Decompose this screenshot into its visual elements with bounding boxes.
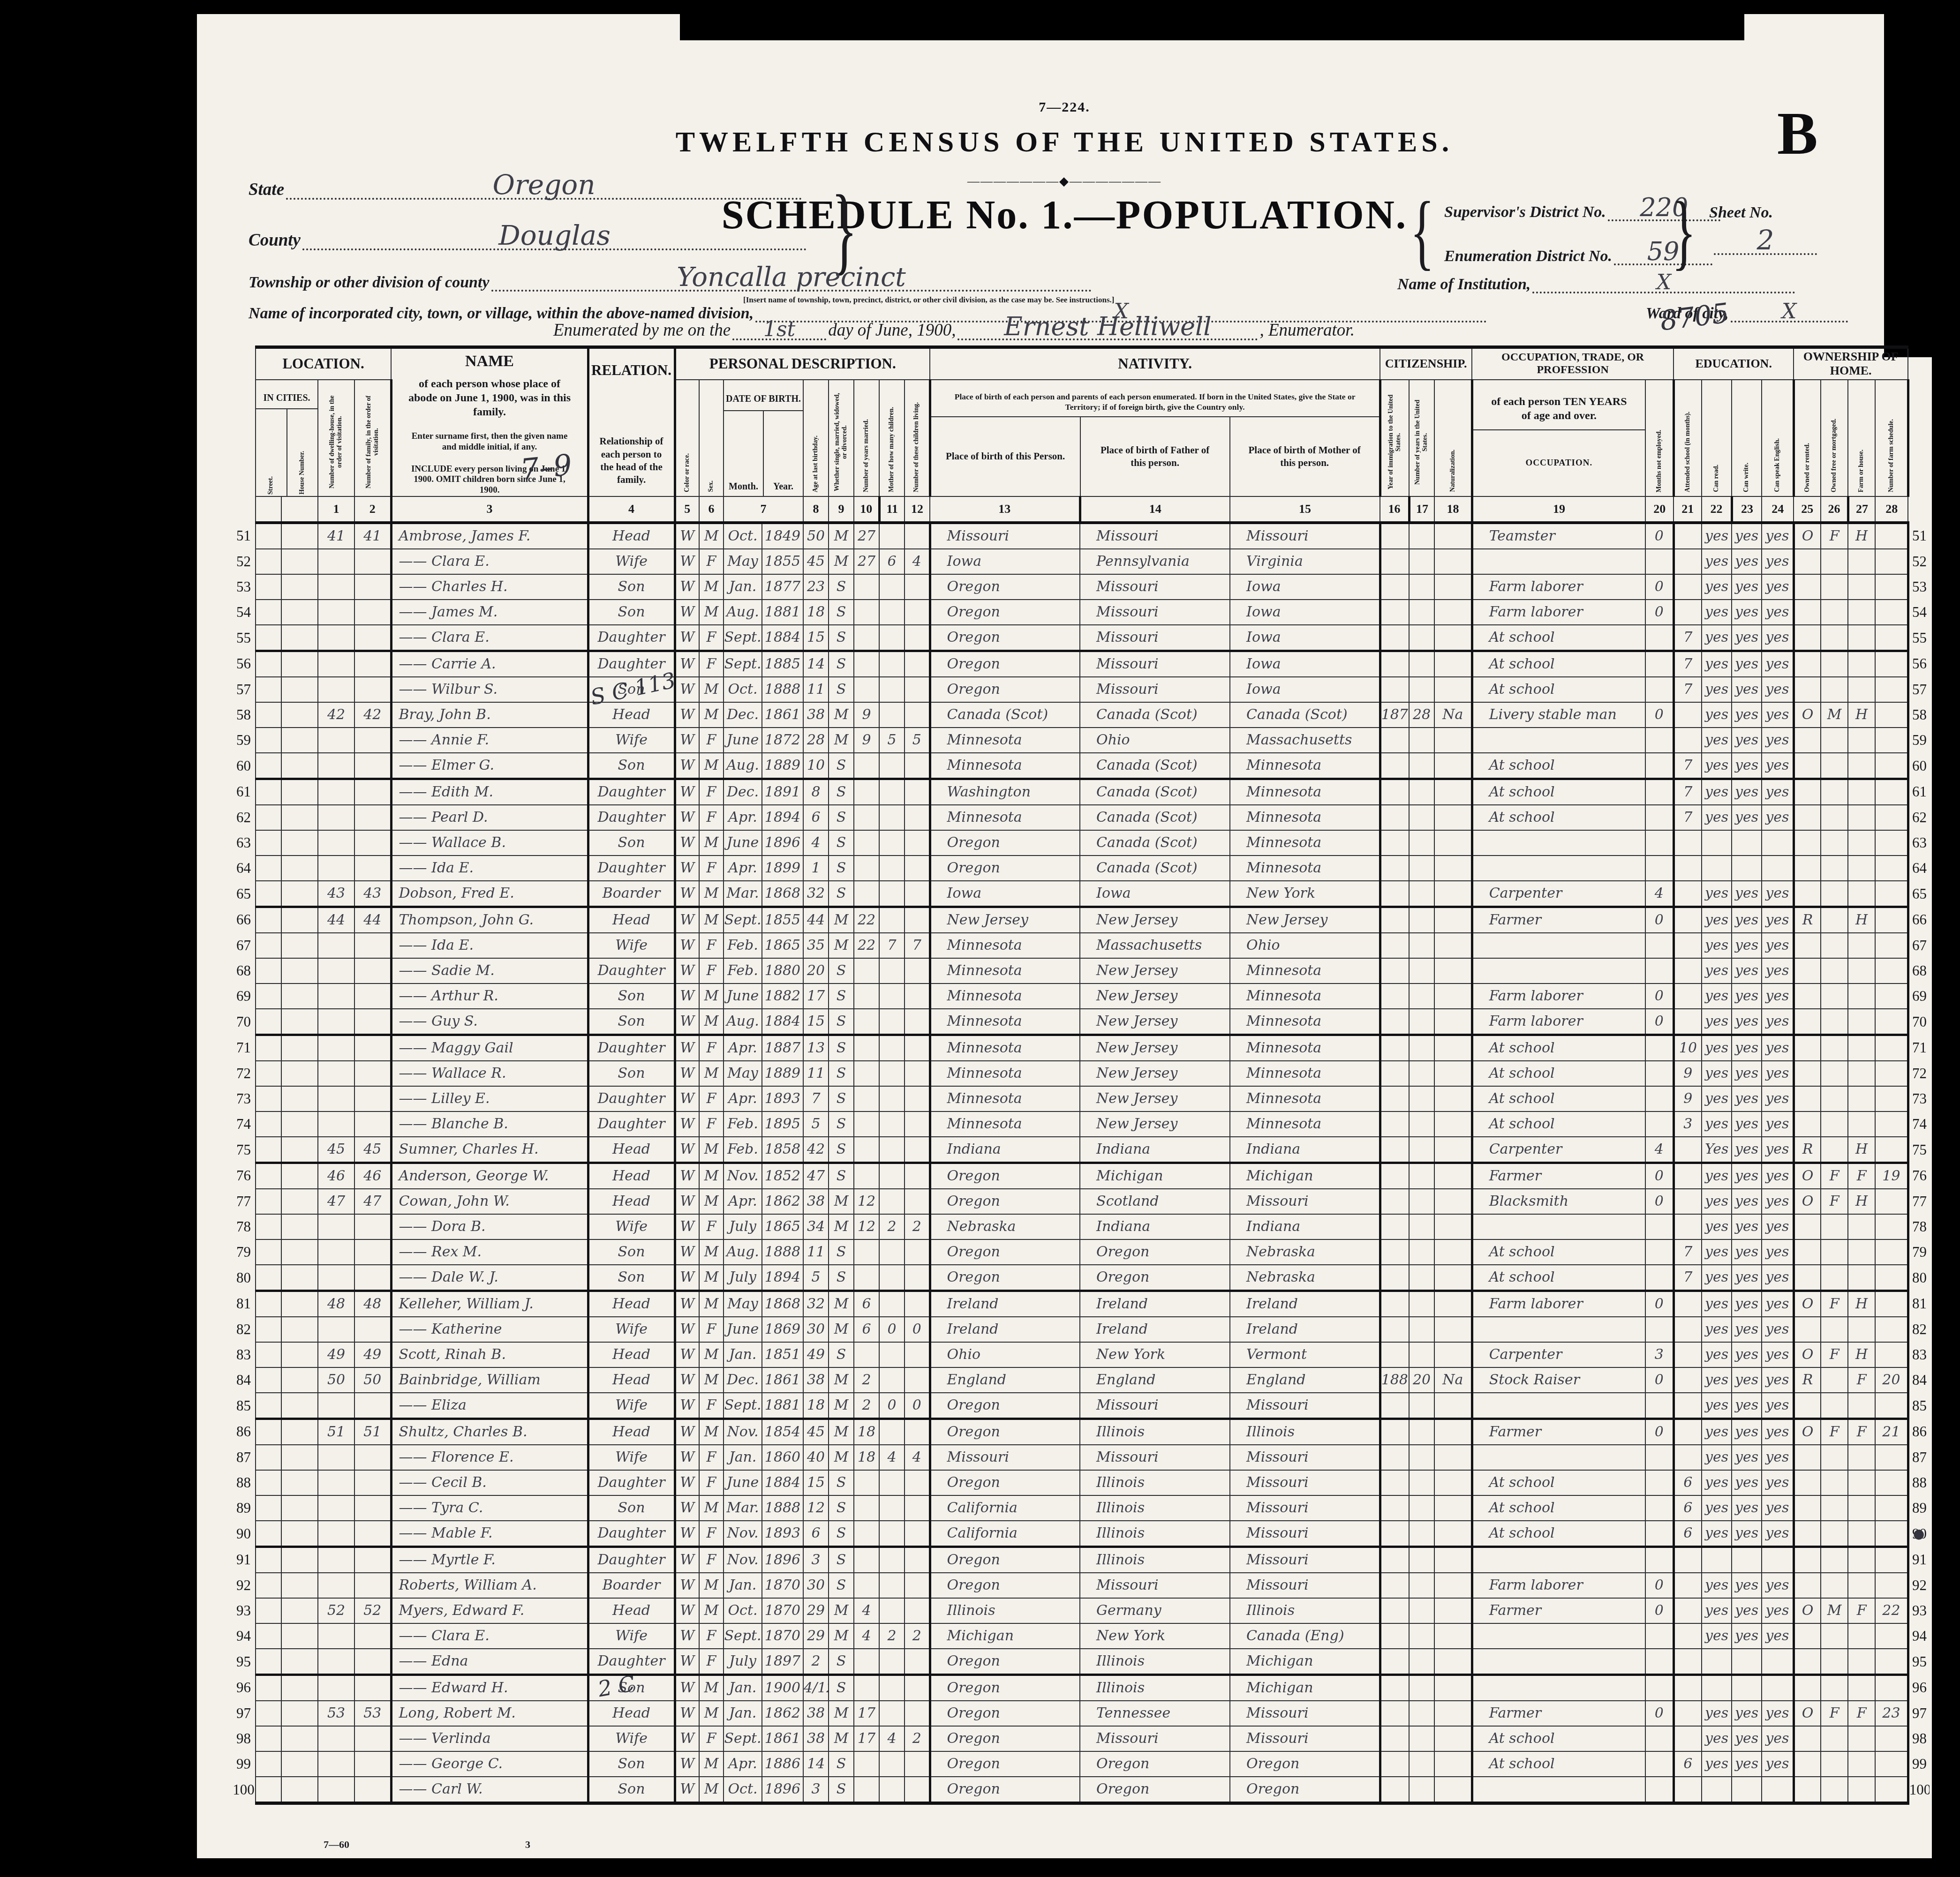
cell-dw: 52	[318, 1598, 354, 1623]
cell-pm: Missouri	[1230, 1547, 1380, 1573]
row-number: 75	[1908, 1137, 1930, 1163]
census-row: 96—— Edward H.SonWMJan.19004/12SOregonIl…	[232, 1674, 1930, 1701]
cell-street	[256, 856, 281, 881]
census-row: 89—— Tyra C.SonWMMar.188812SCaliforniaIl…	[232, 1495, 1930, 1521]
cell-sex: M	[699, 677, 724, 702]
cell-imm	[1380, 1393, 1409, 1419]
state-value: Oregon	[286, 169, 802, 201]
cell-street	[256, 523, 281, 549]
cell-dw	[318, 1521, 354, 1547]
cell-month: Nov.	[724, 1163, 762, 1189]
census-scan: { "page": { "form_code": "7—224.", "page…	[0, 0, 1960, 1877]
cell-sex: F	[699, 625, 724, 651]
cell-pf: Indiana	[1080, 1137, 1230, 1163]
column-number: 21	[1674, 496, 1702, 523]
citizenship-group-header: CITIZENSHIP.	[1380, 347, 1472, 380]
cell-house	[281, 1726, 318, 1751]
cell-house	[281, 1495, 318, 1521]
cell-pf: New Jersey	[1080, 907, 1230, 933]
cell-sch: 6	[1674, 1751, 1702, 1777]
cell-mom	[879, 1573, 905, 1598]
cell-sched	[1875, 830, 1908, 856]
cell-dw: 48	[318, 1291, 354, 1317]
cell-occ: Carpenter	[1472, 1137, 1645, 1163]
cell-unemp	[1645, 1111, 1674, 1137]
cell-pob: Oregon	[930, 1726, 1080, 1751]
cell-nat	[1434, 1445, 1472, 1470]
cell-sex: M	[699, 1061, 724, 1086]
cell-color: W	[675, 523, 699, 549]
cell-house	[281, 1163, 318, 1189]
cell-mom	[879, 1086, 905, 1111]
occupation-group-header: OCCUPATION, TRADE, OR PROFESSION	[1472, 347, 1674, 380]
cell-pob: Minnesota	[930, 1035, 1080, 1061]
dob-title: DATE OF BIRTH.	[724, 388, 803, 411]
cell-mar: M	[829, 523, 854, 549]
cell-sched	[1875, 1265, 1908, 1291]
cell-unemp: 0	[1645, 702, 1674, 728]
row-number: 69	[232, 984, 256, 1009]
cell-sched: 19	[1875, 1163, 1908, 1189]
census-row: 62—— Pearl D.DaughterWFApr.18946SMinneso…	[232, 805, 1930, 830]
cell-occ: Farmer	[1472, 1419, 1645, 1445]
cell-mom	[879, 1598, 905, 1623]
cell-free	[1821, 856, 1848, 881]
row-number: 84	[1908, 1367, 1930, 1393]
cell-sched	[1875, 1009, 1908, 1035]
cell-pf: Canada (Scot)	[1080, 779, 1230, 805]
cell-eng: yes	[1762, 728, 1794, 753]
row-number: 81	[1908, 1291, 1930, 1317]
cell-sex: F	[699, 549, 724, 574]
row-number: 91	[1908, 1547, 1930, 1573]
cell-pf: Missouri	[1080, 1445, 1230, 1470]
cell-fam: 44	[354, 907, 391, 933]
cell-house	[281, 881, 318, 907]
cell-write: yes	[1732, 1086, 1762, 1111]
cell-own	[1794, 1751, 1821, 1777]
cell-mar: S	[829, 1009, 854, 1035]
cell-liv	[905, 600, 930, 625]
cell-write: yes	[1732, 1035, 1762, 1061]
cell-age: 38	[803, 1189, 829, 1214]
cell-nat	[1434, 1393, 1472, 1419]
cell-sched	[1875, 702, 1908, 728]
cell-sched	[1875, 1086, 1908, 1111]
cell-dw	[318, 1061, 354, 1086]
cell-occ	[1472, 1547, 1645, 1573]
cell-occ: At school	[1472, 1061, 1645, 1086]
cell-pob: Oregon	[930, 600, 1080, 625]
cell-fam: 45	[354, 1137, 391, 1163]
cell-free	[1821, 1137, 1848, 1163]
column-number: 9	[829, 496, 854, 523]
cell-mom	[879, 958, 905, 984]
cell-mom	[879, 1009, 905, 1035]
cell-free	[1821, 1573, 1848, 1598]
cell-rel: Wife	[588, 549, 675, 574]
cell-age: 23	[803, 574, 829, 600]
census-row: 94—— Clara E.WifeWFSept.187029M422Michig…	[232, 1623, 1930, 1649]
cell-read: yes	[1702, 600, 1732, 625]
cell-year: 1862	[762, 1701, 803, 1726]
cell-rel: Wife	[588, 1393, 675, 1419]
cell-farm	[1848, 1445, 1875, 1470]
cell-farm	[1848, 600, 1875, 625]
cell-own: O	[1794, 1598, 1821, 1623]
cell-pf: Ireland	[1080, 1317, 1230, 1342]
cell-house	[281, 677, 318, 702]
cell-rel: Son	[588, 600, 675, 625]
cell-free	[1821, 1495, 1848, 1521]
cell-pm: Michigan	[1230, 1649, 1380, 1675]
row-number: 88	[232, 1470, 256, 1495]
cell-dw: 47	[318, 1189, 354, 1214]
cell-imm	[1380, 805, 1409, 830]
cell-read: yes	[1702, 779, 1732, 805]
census-row: 514141Ambrose, James F.HeadWMOct.184950M…	[232, 523, 1930, 549]
cell-rel: Son	[588, 830, 675, 856]
cell-pf: Illinois	[1080, 1521, 1230, 1547]
cell-month: June	[724, 1470, 762, 1495]
cell-read: yes	[1702, 574, 1732, 600]
cell-sex: M	[699, 753, 724, 779]
cell-write: yes	[1732, 1393, 1762, 1419]
cell-sch	[1674, 1367, 1702, 1393]
column-number: 14	[1080, 496, 1230, 523]
cell-mar: M	[829, 1726, 854, 1751]
township-field: Township or other division of county Yon…	[249, 271, 1092, 292]
cell-age: 35	[803, 933, 829, 958]
cell-mom	[879, 779, 905, 805]
row-number: 78	[232, 1214, 256, 1239]
cell-sex: M	[699, 984, 724, 1009]
cell-name: —— Katherine	[391, 1317, 588, 1342]
cell-free	[1821, 753, 1848, 779]
cell-rel: Wife	[588, 933, 675, 958]
cell-rel: Daughter	[588, 856, 675, 881]
cell-pob: Iowa	[930, 881, 1080, 907]
row-number: 100	[1908, 1777, 1930, 1803]
cell-age: 47	[803, 1163, 829, 1189]
form-code: 7—224.	[197, 99, 1932, 115]
cell-yus	[1409, 1137, 1434, 1163]
cell-unemp	[1645, 1547, 1674, 1573]
cell-write: yes	[1732, 677, 1762, 702]
cell-unemp	[1645, 856, 1674, 881]
cell-farm: H	[1848, 702, 1875, 728]
cell-free	[1821, 779, 1848, 805]
cell-age: 40	[803, 1445, 829, 1470]
cell-sch: 7	[1674, 1239, 1702, 1265]
cell-unemp: 4	[1645, 881, 1674, 907]
cell-eng: yes	[1762, 523, 1794, 549]
cell-unemp	[1645, 728, 1674, 753]
cell-month: Jan.	[724, 1342, 762, 1367]
cell-nat	[1434, 625, 1472, 651]
cell-liv	[905, 1035, 930, 1061]
cell-year: 1900	[762, 1674, 803, 1701]
cell-liv	[905, 1367, 930, 1393]
cell-sex: M	[699, 1777, 724, 1803]
cell-dw: 51	[318, 1419, 354, 1445]
owned-rented-header: Owned or rented.	[1794, 380, 1821, 496]
cell-unemp	[1645, 1061, 1674, 1086]
cell-mom	[879, 1239, 905, 1265]
cell-sch	[1674, 1598, 1702, 1623]
cell-sched	[1875, 1521, 1908, 1547]
cell-liv	[905, 984, 930, 1009]
cell-read	[1702, 1547, 1732, 1573]
cell-pf: Oregon	[1080, 1777, 1230, 1803]
cell-pm: Missouri	[1230, 1495, 1380, 1521]
column-number: 10	[854, 496, 879, 523]
cell-mar: S	[829, 1674, 854, 1701]
cell-house	[281, 1189, 318, 1214]
cell-sex: F	[699, 933, 724, 958]
cell-pf: Indiana	[1080, 1214, 1230, 1239]
cell-name: —— Eliza	[391, 1393, 588, 1419]
cell-farm	[1848, 625, 1875, 651]
cell-ym: 12	[854, 1189, 879, 1214]
cell-own: R	[1794, 1367, 1821, 1393]
cell-name: —— Carrie A.	[391, 651, 588, 677]
cell-name: —— Blanche B.	[391, 1111, 588, 1137]
cell-farm	[1848, 1035, 1875, 1061]
cell-own	[1794, 1726, 1821, 1751]
cell-write: yes	[1732, 1521, 1762, 1547]
census-row: 60—— Elmer G.SonWMAug.188910SMinnesotaCa…	[232, 753, 1930, 779]
cell-color: W	[675, 779, 699, 805]
row-number: 54	[1908, 600, 1930, 625]
cell-liv: 4	[905, 549, 930, 574]
cell-year: 1870	[762, 1598, 803, 1623]
row-number: 53	[1908, 574, 1930, 600]
cell-write: yes	[1732, 549, 1762, 574]
column-number: 3	[391, 496, 588, 523]
cell-pm: Virginia	[1230, 549, 1380, 574]
row-number: 84	[232, 1367, 256, 1393]
cell-own	[1794, 1445, 1821, 1470]
cell-sch: 6	[1674, 1521, 1702, 1547]
cell-year: 1887	[762, 1035, 803, 1061]
cell-farm: F	[1848, 1367, 1875, 1393]
cell-year: 1861	[762, 1367, 803, 1393]
cell-read: yes	[1702, 1111, 1732, 1137]
cell-year: 1899	[762, 856, 803, 881]
cell-mar: S	[829, 830, 854, 856]
cell-fam	[354, 1674, 391, 1701]
cell-month: Feb.	[724, 1137, 762, 1163]
cell-rel: Daughter	[588, 958, 675, 984]
cell-read: yes	[1702, 702, 1732, 728]
census-row: 935252Myers, Edward F.HeadWMOct.187029M4…	[232, 1598, 1930, 1623]
relation-desc: Relationship of each person to the head …	[598, 435, 665, 486]
cell-house	[281, 1367, 318, 1393]
cell-occ	[1472, 830, 1645, 856]
cell-street	[256, 1701, 281, 1726]
cell-free	[1821, 1470, 1848, 1495]
cell-ym	[854, 984, 879, 1009]
cell-mom	[879, 1342, 905, 1367]
cell-street	[256, 779, 281, 805]
cell-farm	[1848, 574, 1875, 600]
cell-unemp	[1645, 1726, 1674, 1751]
cell-sch	[1674, 958, 1702, 984]
cell-write: yes	[1732, 523, 1762, 549]
cell-year: 1888	[762, 1495, 803, 1521]
cell-read: yes	[1702, 523, 1732, 549]
cell-sex: M	[699, 1701, 724, 1726]
cell-free: M	[1821, 1598, 1848, 1623]
cell-yus	[1409, 1623, 1434, 1649]
cell-dw	[318, 856, 354, 881]
cell-nat	[1434, 1777, 1472, 1803]
cell-liv	[905, 702, 930, 728]
cell-write: yes	[1732, 1009, 1762, 1035]
cell-mar: M	[829, 933, 854, 958]
cell-rel: Son	[588, 1751, 675, 1777]
cell-nat: Na	[1434, 702, 1472, 728]
cell-color: W	[675, 677, 699, 702]
cell-free	[1821, 625, 1848, 651]
cell-sex: M	[699, 1367, 724, 1393]
cell-imm	[1380, 1317, 1409, 1342]
cell-fam	[354, 1111, 391, 1137]
cell-sch	[1674, 1214, 1702, 1239]
cell-pob: Minnesota	[930, 984, 1080, 1009]
cell-mom	[879, 805, 905, 830]
cell-color: W	[675, 1214, 699, 1239]
cell-sched: 21	[1875, 1419, 1908, 1445]
nativity-group-header: NATIVITY.	[930, 347, 1380, 380]
cell-age: 38	[803, 1367, 829, 1393]
cell-mar: S	[829, 1061, 854, 1086]
cell-dw	[318, 830, 354, 856]
cell-name: —— Annie F.	[391, 728, 588, 753]
cell-sex: F	[699, 779, 724, 805]
cell-sched	[1875, 1726, 1908, 1751]
cell-name: —— Wallace B.	[391, 830, 588, 856]
cell-age: 4	[803, 830, 829, 856]
date-of-birth-header: DATE OF BIRTH. Month. Year.	[724, 380, 803, 496]
county-line: Douglas	[302, 230, 807, 250]
cell-free	[1821, 933, 1848, 958]
population-schedule-table: LOCATION. NAME of each person whose plac…	[232, 345, 1930, 1805]
cell-dw	[318, 1239, 354, 1265]
cell-fam	[354, 1777, 391, 1803]
cell-rel: Head	[588, 1342, 675, 1367]
cell-pob: Iowa	[930, 549, 1080, 574]
cell-eng: yes	[1762, 1521, 1794, 1547]
cell-mar: S	[829, 1239, 854, 1265]
cell-unemp: 0	[1645, 574, 1674, 600]
cell-mom	[879, 625, 905, 651]
row-number: 53	[232, 574, 256, 600]
cell-mom	[879, 1674, 905, 1701]
cell-pob: Oregon	[930, 1649, 1080, 1675]
cell-yus	[1409, 779, 1434, 805]
cell-dw: 43	[318, 881, 354, 907]
cell-color: W	[675, 753, 699, 779]
cell-yus	[1409, 1419, 1434, 1445]
row-number: 89	[232, 1495, 256, 1521]
cell-nat	[1434, 728, 1472, 753]
cell-mar: S	[829, 984, 854, 1009]
cell-pm: Michigan	[1230, 1674, 1380, 1701]
cell-house	[281, 907, 318, 933]
cell-free	[1821, 1265, 1848, 1291]
cell-unemp	[1645, 1495, 1674, 1521]
cell-write: yes	[1732, 1495, 1762, 1521]
cell-mom: 4	[879, 1445, 905, 1470]
cell-pm: Minnesota	[1230, 1111, 1380, 1137]
row-number: 63	[1908, 830, 1930, 856]
cell-sch	[1674, 523, 1702, 549]
cell-fam	[354, 728, 391, 753]
cell-name: —— Dora B.	[391, 1214, 588, 1239]
cell-write: yes	[1732, 1701, 1762, 1726]
cell-rel: Head	[588, 1291, 675, 1317]
cell-street	[256, 1111, 281, 1137]
cell-pm: Iowa	[1230, 651, 1380, 677]
row-number: 97	[232, 1701, 256, 1726]
cell-imm	[1380, 1777, 1409, 1803]
education-group-header: EDUCATION.	[1674, 347, 1794, 380]
cell-write: yes	[1732, 753, 1762, 779]
cell-ym	[854, 677, 879, 702]
cell-name: Dobson, Fred E.	[391, 881, 588, 907]
cell-pf: Missouri	[1080, 1726, 1230, 1751]
cell-ym	[854, 1086, 879, 1111]
cell-month: Sept.	[724, 625, 762, 651]
cell-yus	[1409, 1495, 1434, 1521]
cell-imm	[1380, 1623, 1409, 1649]
cell-unemp	[1645, 677, 1674, 702]
cell-mom: 4	[879, 1726, 905, 1751]
cell-name: —— Mable F.	[391, 1521, 588, 1547]
row-number: 60	[1908, 753, 1930, 779]
cell-nat	[1434, 549, 1472, 574]
cell-fam	[354, 779, 391, 805]
row-number: 59	[1908, 728, 1930, 753]
cell-name: Ambrose, James F.	[391, 523, 588, 549]
cell-nat	[1434, 1035, 1472, 1061]
cell-sched	[1875, 1573, 1908, 1598]
cell-house	[281, 523, 318, 549]
cell-age: 32	[803, 1291, 829, 1317]
cell-dw	[318, 1317, 354, 1342]
row-number: 93	[232, 1598, 256, 1623]
cell-yus	[1409, 625, 1434, 651]
cell-pm: Nebraska	[1230, 1265, 1380, 1291]
cell-unemp	[1645, 1649, 1674, 1675]
cell-eng: yes	[1762, 1470, 1794, 1495]
cell-age: 13	[803, 1035, 829, 1061]
cell-occ: At school	[1472, 805, 1645, 830]
cell-color: W	[675, 1649, 699, 1675]
cell-mar: S	[829, 1573, 854, 1598]
column-number	[256, 496, 281, 523]
cell-color: W	[675, 1521, 699, 1547]
cell-own	[1794, 1623, 1821, 1649]
cell-sched	[1875, 651, 1908, 677]
cell-age: 5	[803, 1111, 829, 1137]
row-number: 98	[232, 1726, 256, 1751]
cell-month: Oct.	[724, 677, 762, 702]
cell-sex: M	[699, 1163, 724, 1189]
cell-free: F	[1821, 1342, 1848, 1367]
